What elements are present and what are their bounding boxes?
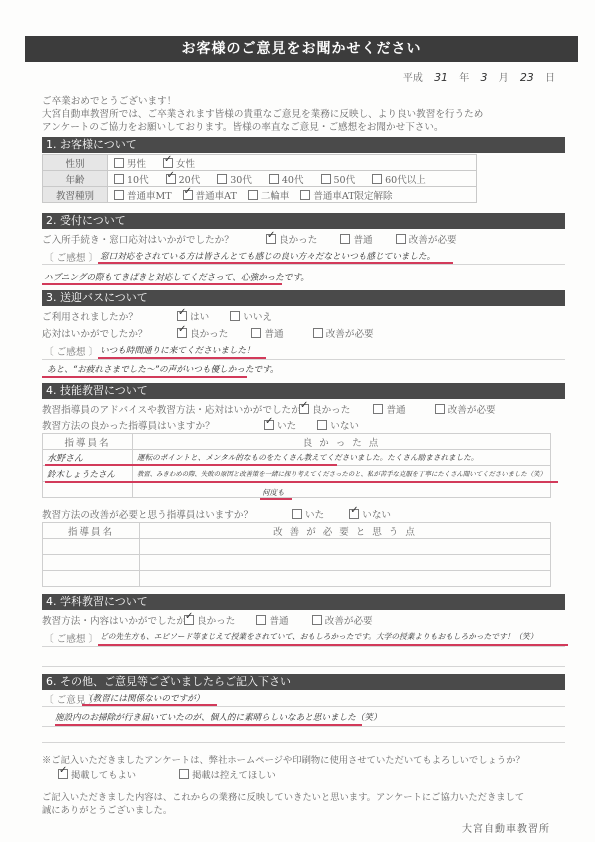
- underline: [42, 376, 247, 378]
- checkbox-icon[interactable]: [435, 404, 445, 414]
- checkbox-icon[interactable]: [217, 174, 227, 184]
- reception-question-row: ご入所手続き・窓口応対はいかがでしたか？ 良かった 普通 改善が必要: [42, 232, 234, 246]
- option-label: 普通: [353, 235, 372, 246]
- option-good[interactable]: 良かった: [266, 232, 317, 246]
- date-day-unit: 日: [545, 73, 555, 84]
- checkbox-checked-icon[interactable]: [183, 190, 193, 200]
- writing-line: [42, 359, 565, 360]
- table-row: [43, 482, 551, 498]
- row-label: 教習種別: [43, 187, 108, 203]
- good-instructor-question-row: 教習方法の良かった指導員はいますか？ いた いない: [42, 418, 215, 432]
- writing-line: [42, 666, 565, 667]
- closing-line: ご記入いただきました内容は、これからの業務に反映していきたいと思います。アンケー…: [42, 791, 524, 804]
- table-row: [43, 539, 551, 555]
- option-none[interactable]: いない: [317, 418, 359, 432]
- question-text: 教習方法の良かった指導員はいますか？: [42, 421, 215, 432]
- underline: [45, 464, 337, 466]
- closing-line: 誠にありがとうございました。: [42, 804, 524, 817]
- option-label: 改善が必要: [409, 235, 457, 246]
- checkbox-checked-icon[interactable]: [177, 311, 187, 321]
- section-header-driving-lessons: 4. 技能教習について: [42, 383, 565, 399]
- writing-line: [42, 646, 565, 647]
- checkbox-icon[interactable]: [340, 234, 350, 244]
- checkbox-icon[interactable]: [373, 404, 383, 414]
- instructor-name-cell[interactable]: 鈴木しょうたさん: [43, 466, 133, 482]
- section-header-customer: 1. お客様について: [42, 137, 565, 153]
- option-label: 改善が必要: [326, 329, 374, 340]
- improve-instructor-question-row: 教習方法の改善が必要と思う指導員はいますか？ いた いない: [42, 507, 253, 521]
- question-text: 教習方法・内容はいかがでしたか？: [42, 616, 196, 627]
- col-header-instructor: 指導員名: [43, 434, 133, 450]
- row-label: 性別: [43, 155, 108, 171]
- option-publish-decline[interactable]: 掲載は控えてほしい: [179, 767, 276, 781]
- improve-instructor-table: 指導員名 改 善 が 必 要 と 思 う 点: [42, 522, 551, 587]
- option-label: いない: [362, 510, 391, 521]
- question-text: ご入所手続き・窓口応対はいかがでしたか？: [42, 235, 234, 246]
- option-label: 40代: [282, 175, 304, 186]
- option-normal[interactable]: 普通: [251, 326, 283, 340]
- option-label: 普通: [269, 616, 288, 627]
- option-good[interactable]: 良かった: [184, 613, 235, 627]
- section-header-classroom-lessons: 4. 学科教習について: [42, 594, 565, 610]
- question-text: ご利用されましたか？: [42, 312, 138, 323]
- underline: [260, 498, 292, 500]
- option-label: 普通: [386, 405, 405, 416]
- reception-comment-line-2[interactable]: ハプニングの際もてきぱきと対応してくださって、心強かったです。: [44, 271, 309, 283]
- instructor-name-cell[interactable]: [43, 482, 133, 498]
- option-label: 50代: [334, 175, 356, 186]
- checkbox-checked-icon[interactable]: [299, 404, 309, 414]
- option-label: 30代: [230, 175, 252, 186]
- checkbox-icon[interactable]: [396, 234, 406, 244]
- option-30s[interactable]: 30代: [217, 172, 252, 186]
- comment-label: 〔 ご感想 〕: [44, 344, 98, 358]
- option-20s[interactable]: 20代: [166, 172, 201, 186]
- table-header-row: 指導員名 良 か っ た 点: [43, 434, 551, 450]
- checkbox-checked-icon[interactable]: [184, 615, 194, 625]
- option-label: 男性: [127, 159, 146, 170]
- option-normal[interactable]: 普通: [373, 402, 405, 416]
- option-label: 良かった: [190, 329, 228, 340]
- intro-text: ご卒業おめでとうございます！ 大宮自動車教習所では、ご卒業されます皆様の貴重なご…: [42, 95, 483, 134]
- bus-usage-answers: はい いいえ: [177, 309, 286, 323]
- checkbox-icon[interactable]: [248, 190, 258, 200]
- other-comment-line-1[interactable]: （教習には関係ないのですが）: [84, 692, 204, 704]
- comment-label: 〔 ご感想 〕: [44, 250, 98, 264]
- intro-line: 大宮自動車教習所では、ご卒業されます皆様の貴重なご意見を業務に反映し、より良い教…: [42, 108, 483, 121]
- checkbox-checked-icon[interactable]: [349, 509, 359, 519]
- classroom-comment-line-1[interactable]: どの先生方も、エピソード等まじえて授業をされていて、おもしろかったです。大学の授…: [100, 631, 537, 642]
- improve-instructor-answers: いた いない: [292, 507, 405, 521]
- option-label: 良かった: [279, 235, 317, 246]
- question-text: 教習指導員のアドバイスや教習方法・応対はいかがでしたか？: [42, 405, 310, 416]
- option-existed[interactable]: いた: [292, 507, 324, 521]
- improvement-point-cell[interactable]: [140, 571, 551, 587]
- col-header-good-points: 良 か っ た 点: [133, 434, 551, 450]
- instructor-name-cell[interactable]: [43, 555, 140, 571]
- intro-line: アンケートのご協力をお願いしております。皆様の率直なご意見・ご感想をお聞かせ下さ…: [42, 121, 483, 134]
- option-label: 二輪車: [261, 191, 290, 202]
- option-publish-ok[interactable]: 掲載してもよい: [58, 767, 136, 781]
- option-label: いた: [277, 421, 296, 432]
- date-field: 平成 31 年 3 月 23 日: [403, 69, 555, 84]
- reception-comment-line-1[interactable]: 窓口対応をされている方は皆さんとても感じの良い方々だなといつも感じていました。: [100, 250, 435, 262]
- option-50s[interactable]: 50代: [321, 172, 356, 186]
- checkbox-icon[interactable]: [114, 190, 124, 200]
- checkbox-icon[interactable]: [179, 769, 189, 779]
- col-header-improvement-points: 改 善 が 必 要 と 思 う 点: [140, 523, 551, 539]
- good-point-text: 運転のポイントと、メンタル的なものをたくさん教えてくださいました。たくさん励まさ…: [137, 453, 478, 462]
- good-point-cell[interactable]: 教習、みきわめの際、失敗の原因と改善策を一緒に探り考えてくださったのと、私が苦手…: [133, 466, 551, 482]
- option-good[interactable]: 良かった: [177, 326, 228, 340]
- bus-service-question-row: 応対はいかがでしたか？ 良かった 普通 改善が必要: [42, 326, 148, 340]
- checkbox-icon[interactable]: [114, 174, 124, 184]
- option-none[interactable]: いない: [349, 507, 391, 521]
- question-text: 教習方法の改善が必要と思う指導員はいますか？: [42, 510, 253, 521]
- underline: [45, 481, 558, 483]
- option-60s-plus[interactable]: 60代以上: [372, 172, 426, 186]
- option-label: 改善が必要: [325, 616, 373, 627]
- date-year[interactable]: 31: [434, 71, 448, 84]
- checkbox-icon[interactable]: [300, 190, 310, 200]
- survey-title: お客様のご意見をお聞かせください: [25, 36, 578, 62]
- consent-options: 掲載してもよい 掲載は控えてほしい: [58, 767, 290, 781]
- checkbox-checked-icon[interactable]: [266, 234, 276, 244]
- instructor-name: 鈴木しょうたさん: [47, 470, 115, 480]
- date-month[interactable]: 3: [480, 71, 487, 84]
- instructor-name: 水野さん: [47, 454, 83, 464]
- option-normal[interactable]: 普通: [256, 613, 288, 627]
- option-40s[interactable]: 40代: [269, 172, 304, 186]
- option-label: 改善が必要: [448, 405, 496, 416]
- checkbox-icon[interactable]: [251, 328, 261, 338]
- bus-comment-line-2[interactable]: あと、“お疲れさまでした〜”の声がいつも優しかったです。: [47, 363, 279, 375]
- option-no[interactable]: いいえ: [230, 309, 272, 323]
- option-good[interactable]: 良かった: [299, 402, 350, 416]
- checkbox-icon[interactable]: [292, 509, 302, 519]
- instructor-rating-answers: 良かった 普通 改善が必要: [299, 402, 510, 416]
- table-row: [43, 571, 551, 587]
- classroom-question-row: 教習方法・内容はいかがでしたか？ 良かった 普通 改善が必要: [42, 613, 196, 627]
- checkbox-icon[interactable]: [269, 174, 279, 184]
- classroom-answers: 良かった 普通 改善が必要: [184, 613, 387, 627]
- table-row-gender: 性別 男性 女性: [43, 155, 477, 171]
- checkbox-checked-icon[interactable]: [163, 158, 173, 168]
- option-label: 60代以上: [385, 175, 426, 186]
- customer-info-table: 性別 男性 女性 年齢 10代 20代 30代 40代 50代 60代以上 教習…: [42, 154, 477, 203]
- date-month-unit: 月: [499, 73, 509, 84]
- option-label: 女性: [176, 159, 195, 170]
- option-label: 良かった: [197, 616, 235, 627]
- option-at-limit-removal[interactable]: 普通車AT限定解除: [300, 188, 392, 202]
- comment-label: 〔 ご感想 〕: [44, 631, 98, 645]
- table-row-age: 年齢 10代 20代 30代 40代 50代 60代以上: [43, 171, 477, 187]
- good-instructor-answers: いた いない: [264, 418, 373, 432]
- option-label: 20代: [179, 175, 201, 186]
- date-day[interactable]: 23: [520, 71, 534, 84]
- date-era: 平成: [403, 73, 423, 84]
- checkbox-icon[interactable]: [321, 174, 331, 184]
- option-male[interactable]: 男性: [114, 156, 146, 170]
- checkbox-icon[interactable]: [317, 420, 327, 430]
- checkbox-icon[interactable]: [372, 174, 382, 184]
- option-label: 掲載してもよい: [71, 770, 136, 781]
- option-needs-improvement[interactable]: 改善が必要: [435, 402, 496, 416]
- checkbox-icon[interactable]: [312, 615, 322, 625]
- option-label: 良かった: [312, 405, 350, 416]
- checkbox-icon[interactable]: [114, 158, 124, 168]
- improvement-point-cell[interactable]: [140, 555, 551, 571]
- bus-service-answers: 良かった 普通 改善が必要: [177, 326, 388, 340]
- checkbox-icon[interactable]: [230, 311, 240, 321]
- option-10s[interactable]: 10代: [114, 172, 149, 186]
- closing-message: ご記入いただきました内容は、これからの業務に反映していきたいと思います。アンケー…: [42, 791, 524, 817]
- course-options: 普通車MT 普通車AT 二輪車 普通車AT限定解除: [108, 187, 477, 203]
- option-female[interactable]: 女性: [163, 156, 195, 170]
- option-label: いない: [330, 421, 359, 432]
- option-needs-improvement[interactable]: 改善が必要: [312, 613, 373, 627]
- option-label: 普通: [264, 329, 283, 340]
- table-header-row: 指導員名 改 善 が 必 要 と 思 う 点: [43, 523, 551, 539]
- option-needs-improvement[interactable]: 改善が必要: [396, 232, 457, 246]
- other-comment-line-2[interactable]: 施設内のお掃除が行き届いていたのが、個人的に素晴らしいなあと思いました（笑）: [55, 711, 382, 723]
- date-year-unit: 年: [459, 73, 469, 84]
- table-row: [43, 555, 551, 571]
- col-header-instructor: 指導員名: [43, 523, 140, 539]
- table-row-course: 教習種別 普通車MT 普通車AT 二輪車 普通車AT限定解除: [43, 187, 477, 203]
- age-options: 10代 20代 30代 40代 50代 60代以上: [108, 171, 477, 187]
- checkbox-icon[interactable]: [313, 328, 323, 338]
- section-header-reception: 2. 受付について: [42, 213, 565, 229]
- gender-options: 男性 女性: [108, 155, 477, 171]
- option-at[interactable]: 普通車AT: [183, 188, 237, 202]
- option-needs-improvement[interactable]: 改善が必要: [313, 326, 374, 340]
- writing-line: [42, 726, 565, 727]
- intro-line: ご卒業おめでとうございます！: [42, 95, 483, 108]
- option-label: 10代: [127, 175, 149, 186]
- writing-line: [42, 706, 565, 707]
- row-label: 年齢: [43, 171, 108, 187]
- checkbox-checked-icon[interactable]: [264, 420, 274, 430]
- consent-question: ※ご記入いただきましたアンケートは、弊社ホームページや印刷物に使用させていただい…: [42, 752, 525, 766]
- option-label: いた: [305, 510, 324, 521]
- option-label: はい: [190, 312, 209, 323]
- table-row: 鈴木しょうたさん 教習、みきわめの際、失敗の原因と改善策を一緒に探り考えてくださ…: [43, 466, 551, 482]
- option-existed[interactable]: いた: [264, 418, 296, 432]
- checkbox-checked-icon[interactable]: [166, 174, 176, 184]
- option-yes[interactable]: はい: [177, 309, 209, 323]
- option-label: 掲載は控えてほしい: [192, 770, 276, 781]
- option-normal[interactable]: 普通: [340, 232, 372, 246]
- option-label: 普通車AT: [196, 191, 237, 202]
- section-header-other-comments: 6. その他、ご意見等ございましたらご記入下さい: [42, 674, 565, 690]
- underline: [42, 283, 282, 285]
- bus-comment-line-1[interactable]: いつも時間通りに来てくださいました！: [100, 344, 255, 356]
- instructor-rating-question-row: 教習指導員のアドバイスや教習方法・応対はいかがでしたか？ 良かった 普通 改善が…: [42, 402, 310, 416]
- good-instructor-table: 指導員名 良 か っ た 点 水野さん 運転のポイントと、メンタル的なものをたく…: [42, 433, 551, 498]
- question-text: 応対はいかがでしたか？: [42, 329, 148, 340]
- reception-answers: 良かった 普通 改善が必要: [266, 232, 471, 246]
- bus-usage-question-row: ご利用されましたか？ はい いいえ: [42, 309, 138, 323]
- option-label: 普通車MT: [127, 191, 172, 202]
- writing-line: [42, 264, 565, 265]
- writing-line: [42, 742, 565, 743]
- option-mt[interactable]: 普通車MT: [114, 188, 172, 202]
- checkbox-checked-icon[interactable]: [177, 328, 187, 338]
- school-signature: 大宮自動車教習所: [462, 820, 550, 835]
- checkbox-icon[interactable]: [256, 615, 266, 625]
- good-point-text: 教習、みきわめの際、失敗の原因と改善策を一緒に探り考えてくださったのと、私が苦手…: [137, 470, 546, 478]
- instructor-name-cell[interactable]: [43, 571, 140, 587]
- handwritten-annotation: 何度も: [262, 487, 285, 498]
- section-header-shuttle-bus: 3. 送迎バスについて: [42, 290, 565, 306]
- improvement-point-cell[interactable]: [140, 539, 551, 555]
- option-label: 普通車AT限定解除: [313, 191, 392, 202]
- option-label: いいえ: [243, 312, 272, 323]
- good-point-cell[interactable]: [133, 482, 551, 498]
- instructor-name-cell[interactable]: [43, 539, 140, 555]
- option-motorcycle[interactable]: 二輪車: [248, 188, 290, 202]
- checkbox-checked-icon[interactable]: [58, 769, 68, 779]
